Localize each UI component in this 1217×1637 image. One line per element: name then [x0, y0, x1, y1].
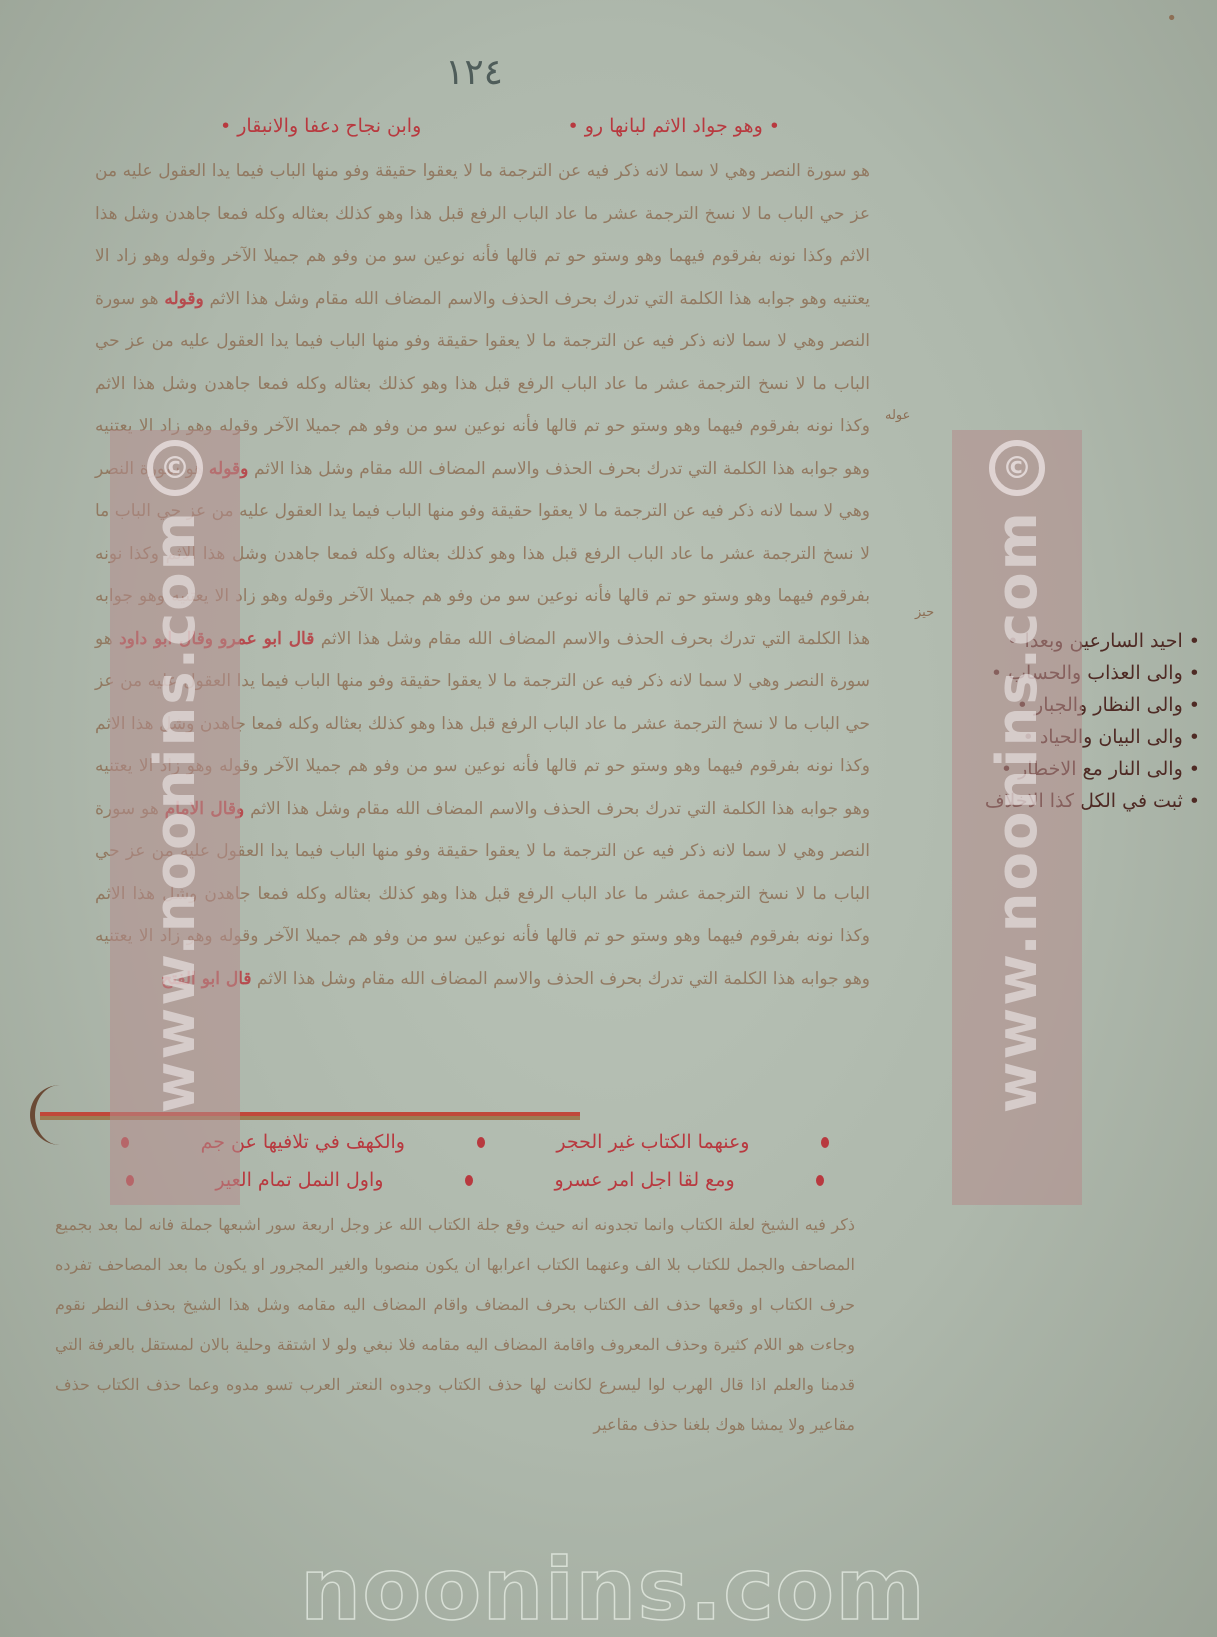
copyright-icon: ©: [147, 440, 203, 496]
bottom-paragraph: ذكر فيه الشيخ لعلة الكتاب وانما تجدونه ا…: [55, 1205, 855, 1445]
verse-dot: [477, 1137, 485, 1148]
margin-small-note: حيز: [915, 605, 934, 620]
body-highlight: وقوله: [164, 289, 203, 309]
heading-left: وابن نجاح دعفا والانبقار •: [220, 115, 421, 149]
watermark-text: www.noonins.com: [143, 510, 208, 1113]
manuscript-page: • ١٢٤ • وهو جواد الاثم لبانها رو • وابن …: [0, 0, 1217, 1637]
verse-hemistich: وعنهما الكتاب غير الحجر: [556, 1131, 749, 1153]
footer-watermark: noonins.com: [300, 1540, 920, 1637]
verse-hemistich: واول النمل تمام العير: [215, 1169, 383, 1191]
watermark-strip-right: © www.noonins.com: [952, 430, 1082, 1205]
heading-right: • وهو جواد الاثم لبانها رو •: [567, 115, 780, 149]
body-paragraph: هو سورة النصر وهي لا سما لانه ذكر فيه عن…: [95, 161, 870, 309]
heading-row: • وهو جواد الاثم لبانها رو • وابن نجاح د…: [220, 115, 780, 149]
watermark-text: www.noonins.com: [985, 510, 1050, 1113]
corner-mark: •: [1166, 8, 1177, 29]
page-number: ١٢٤: [445, 52, 503, 93]
watermark-strip-left: © www.noonins.com: [110, 430, 240, 1205]
verse-dot: [816, 1175, 824, 1186]
copyright-icon: ©: [989, 440, 1045, 496]
margin-small-note: عوله: [885, 408, 910, 423]
verse-dot: [821, 1137, 829, 1148]
verse-dot: [465, 1175, 473, 1186]
verse-hemistich: ومع لقا اجل امر عسرو: [555, 1169, 735, 1191]
